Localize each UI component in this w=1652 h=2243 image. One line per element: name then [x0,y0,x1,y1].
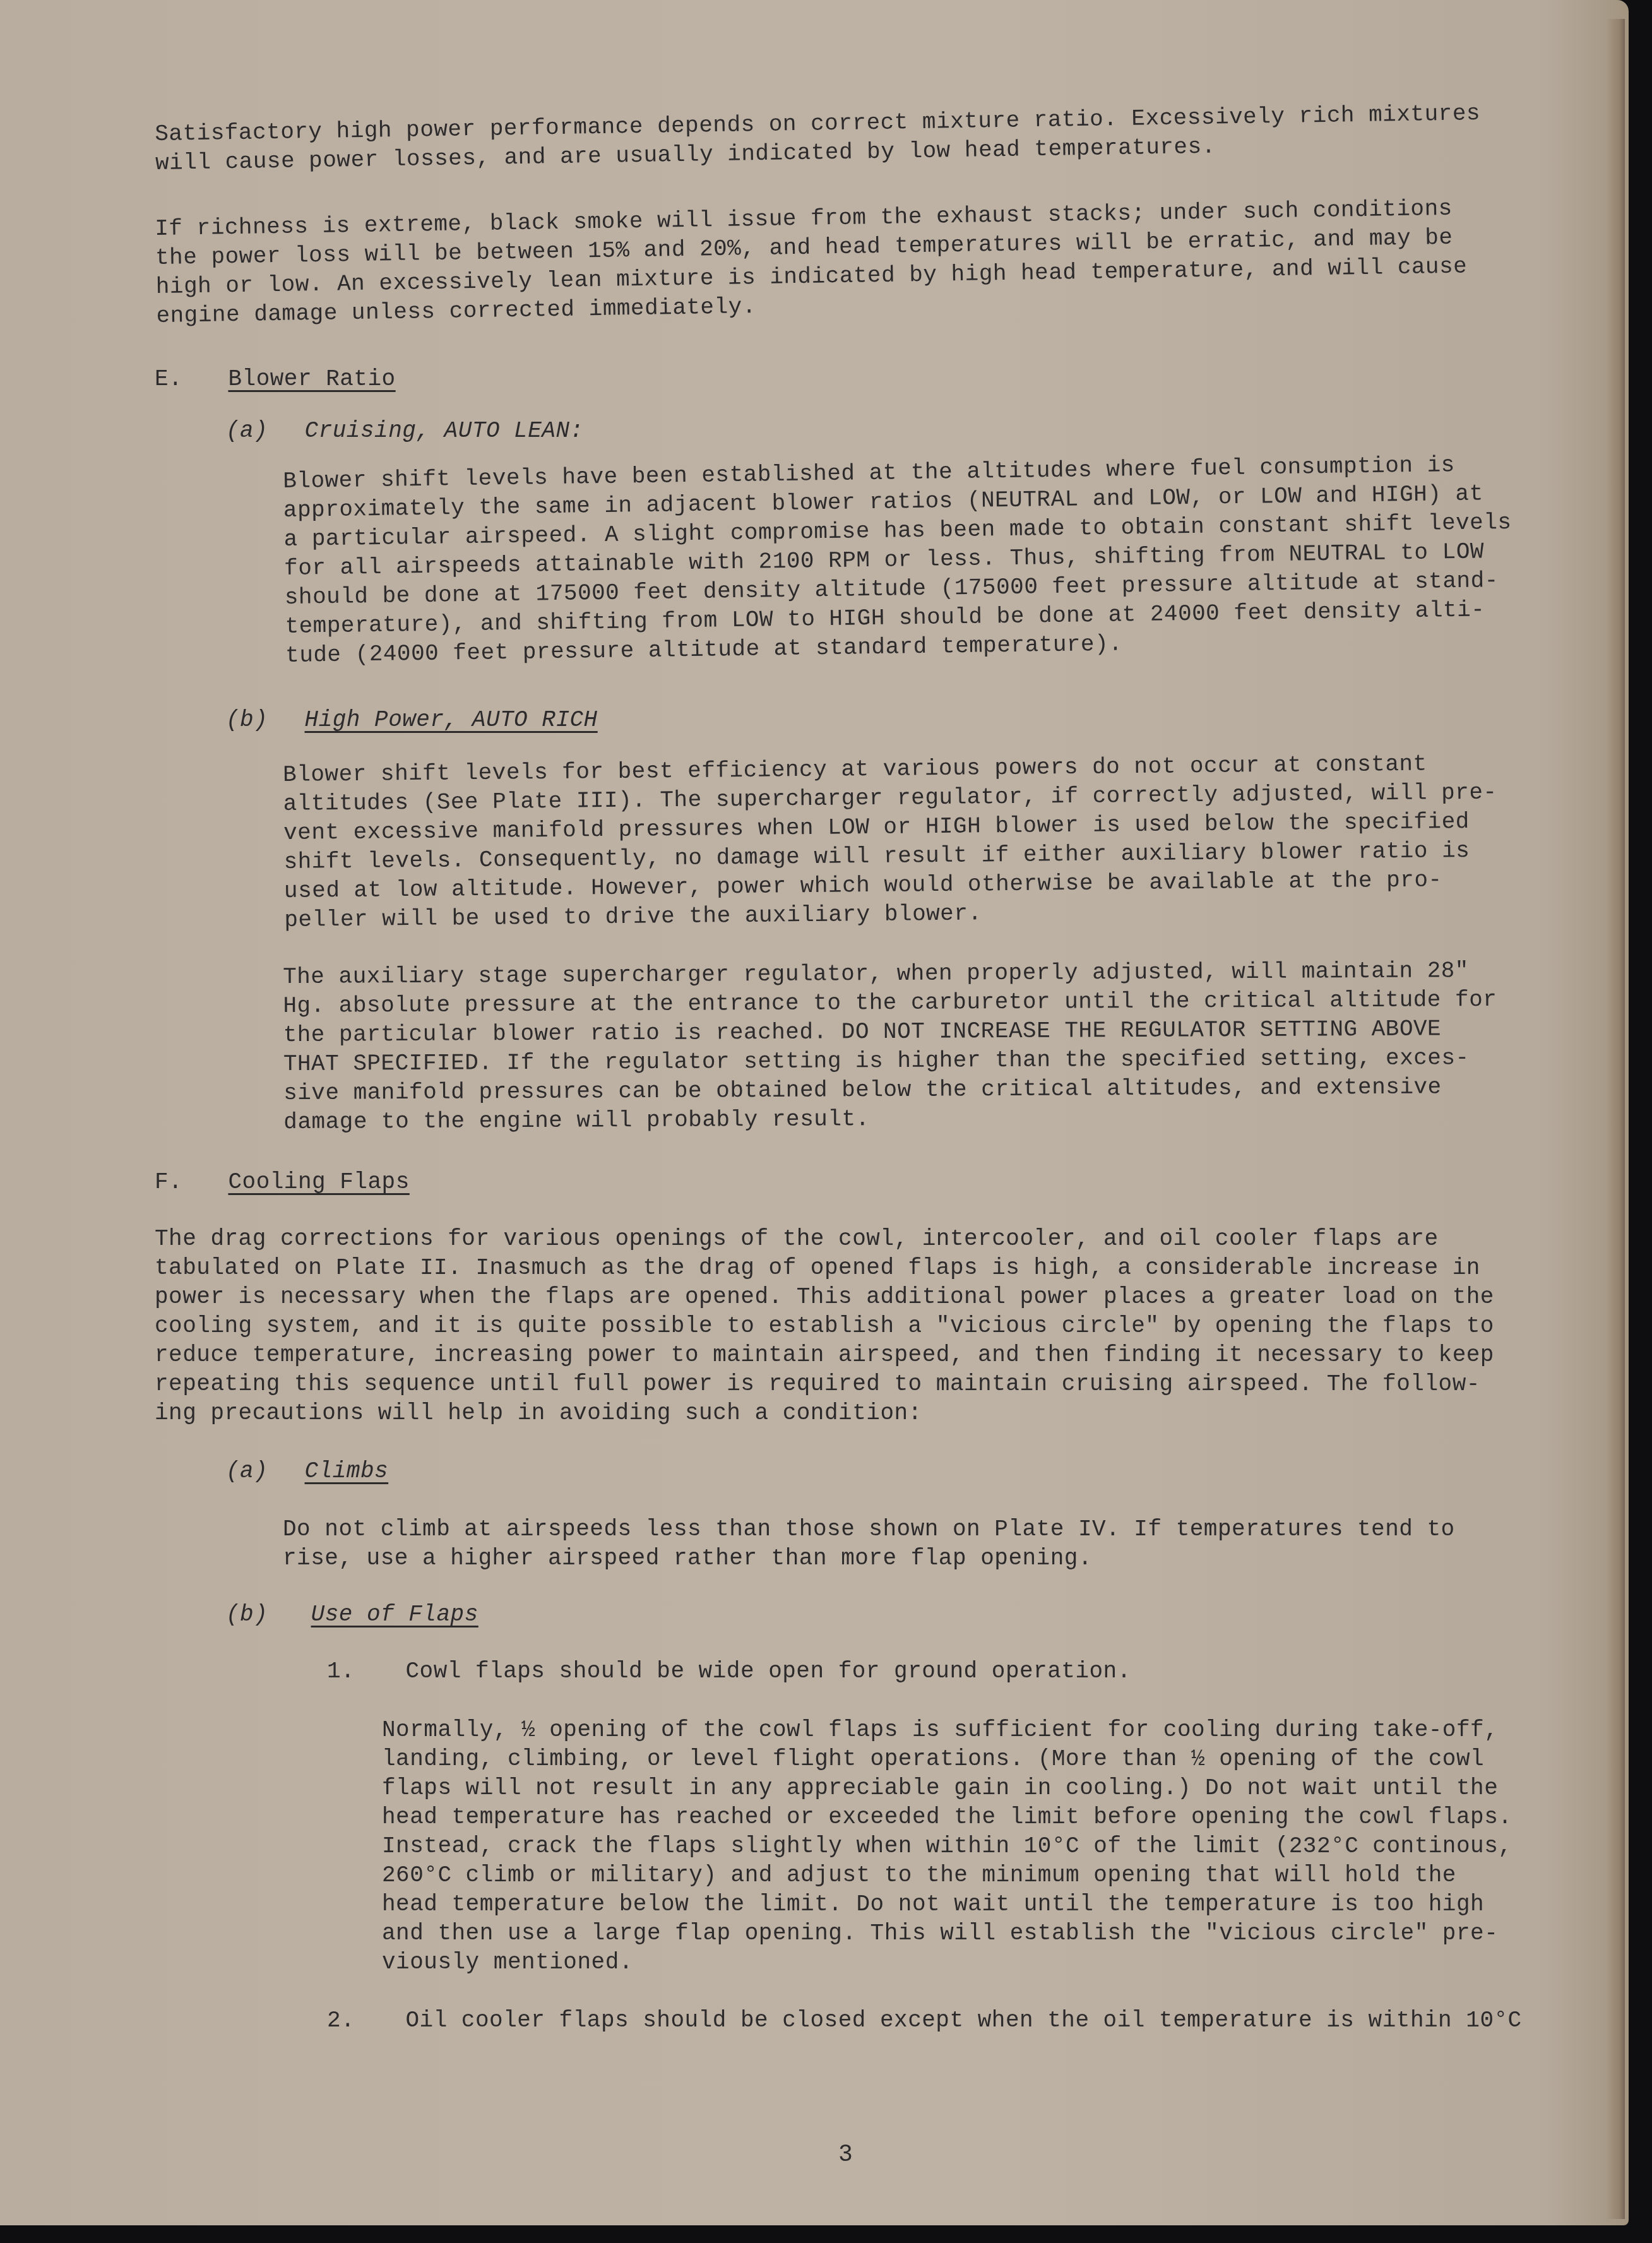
section-title: Blower Ratio [228,366,395,392]
sub-label: (a) [226,418,268,444]
section-e-sub-b-paragraph-2: The auxiliary stage supercharger regulat… [283,956,1497,1137]
text-line: The drag corrections for various opening… [155,1225,1494,1254]
section-f-sub-a-body: Do not climb at airspeeds less than thos… [283,1515,1455,1573]
sub-title: High Power, AUTO RICH [305,707,598,733]
text-line: power is necessary when the flaps are op… [155,1283,1494,1312]
section-e-sub-a-body: Blower shift levels have been establishe… [283,450,1513,670]
section-e-heading: E. Blower Ratio [155,365,396,394]
section-f-sub-a-heading: (a) Climbs [226,1457,388,1486]
list-text: Cowl flaps should be wide open for groun… [405,1658,1131,1684]
list-text: Oil cooler flaps should be closed except… [405,2008,1521,2033]
sub-title: Climbs [305,1458,389,1484]
section-f-intro: The drag corrections for various opening… [155,1225,1494,1428]
text-line: Normally, ½ opening of the cowl flaps is… [382,1716,1512,1745]
section-letter: F. [155,1169,182,1195]
page-edge-shadow [1606,19,1625,2219]
intro-paragraph-2: If richness is extreme, black smoke will… [155,194,1468,331]
sub-label: (a) [226,1458,268,1484]
sub-title: Cruising, AUTO LEAN: [305,418,584,444]
list-number: 2. [327,2008,355,2033]
text-line: ing precautions will help in avoiding su… [155,1399,1494,1428]
text-line: tabulated on Plate II. Inasmuch as the d… [155,1254,1494,1283]
text-line: 260°C climb or military) and adjust to t… [382,1861,1512,1890]
section-f-heading: F. Cooling Flaps [155,1168,410,1197]
list-item-1: 1. Cowl flaps should be wide open for gr… [327,1657,1131,1686]
section-title: Cooling Flaps [228,1169,409,1195]
section-e-sub-a-heading: (a) Cruising, AUTO LEAN: [226,417,584,446]
section-e-sub-b-paragraph-1: Blower shift levels for best efficiency … [283,749,1499,935]
text-line: Instead, crack the flaps slightly when w… [382,1832,1512,1861]
sub-title: Use of Flaps [311,1602,478,1627]
text-line: repeating this sequence until full power… [155,1370,1494,1399]
text-line: damage to the engine will probably resul… [283,1102,1497,1137]
section-f-sub-b-heading: (b) Use of Flaps [226,1600,478,1629]
document-page: Satisfactory high power performance depe… [0,0,1629,2225]
section-letter: E. [155,366,182,392]
text-line: head temperature has reached or exceeded… [382,1803,1512,1832]
list-item-2: 2. Oil cooler flaps should be closed exc… [327,2006,1522,2035]
text-line: cooling system, and it is quite possible… [155,1312,1494,1341]
list-item-1-detail: Normally, ½ opening of the cowl flaps is… [382,1716,1512,1977]
text-line: landing, climbing, or level flight opera… [382,1745,1512,1774]
text-line: and then use a large flap opening. This … [382,1919,1512,1948]
text-line: rise, use a higher airspeed rather than … [283,1544,1455,1573]
section-e-sub-b-heading: (b) High Power, AUTO RICH [226,706,598,735]
text-line: flaps will not result in any appreciable… [382,1774,1512,1803]
text-line: reduce temperature, increasing power to … [155,1341,1494,1370]
page-number: 3 [838,2141,853,2169]
sub-label: (b) [226,707,268,733]
text-line: head temperature below the limit. Do not… [382,1890,1512,1919]
text-line: viously mentioned. [382,1948,1512,1977]
text-line: Do not climb at airspeeds less than thos… [283,1515,1455,1544]
sub-label: (b) [226,1602,268,1627]
intro-paragraph-1: Satisfactory high power performance depe… [155,99,1481,178]
list-number: 1. [327,1658,355,1684]
